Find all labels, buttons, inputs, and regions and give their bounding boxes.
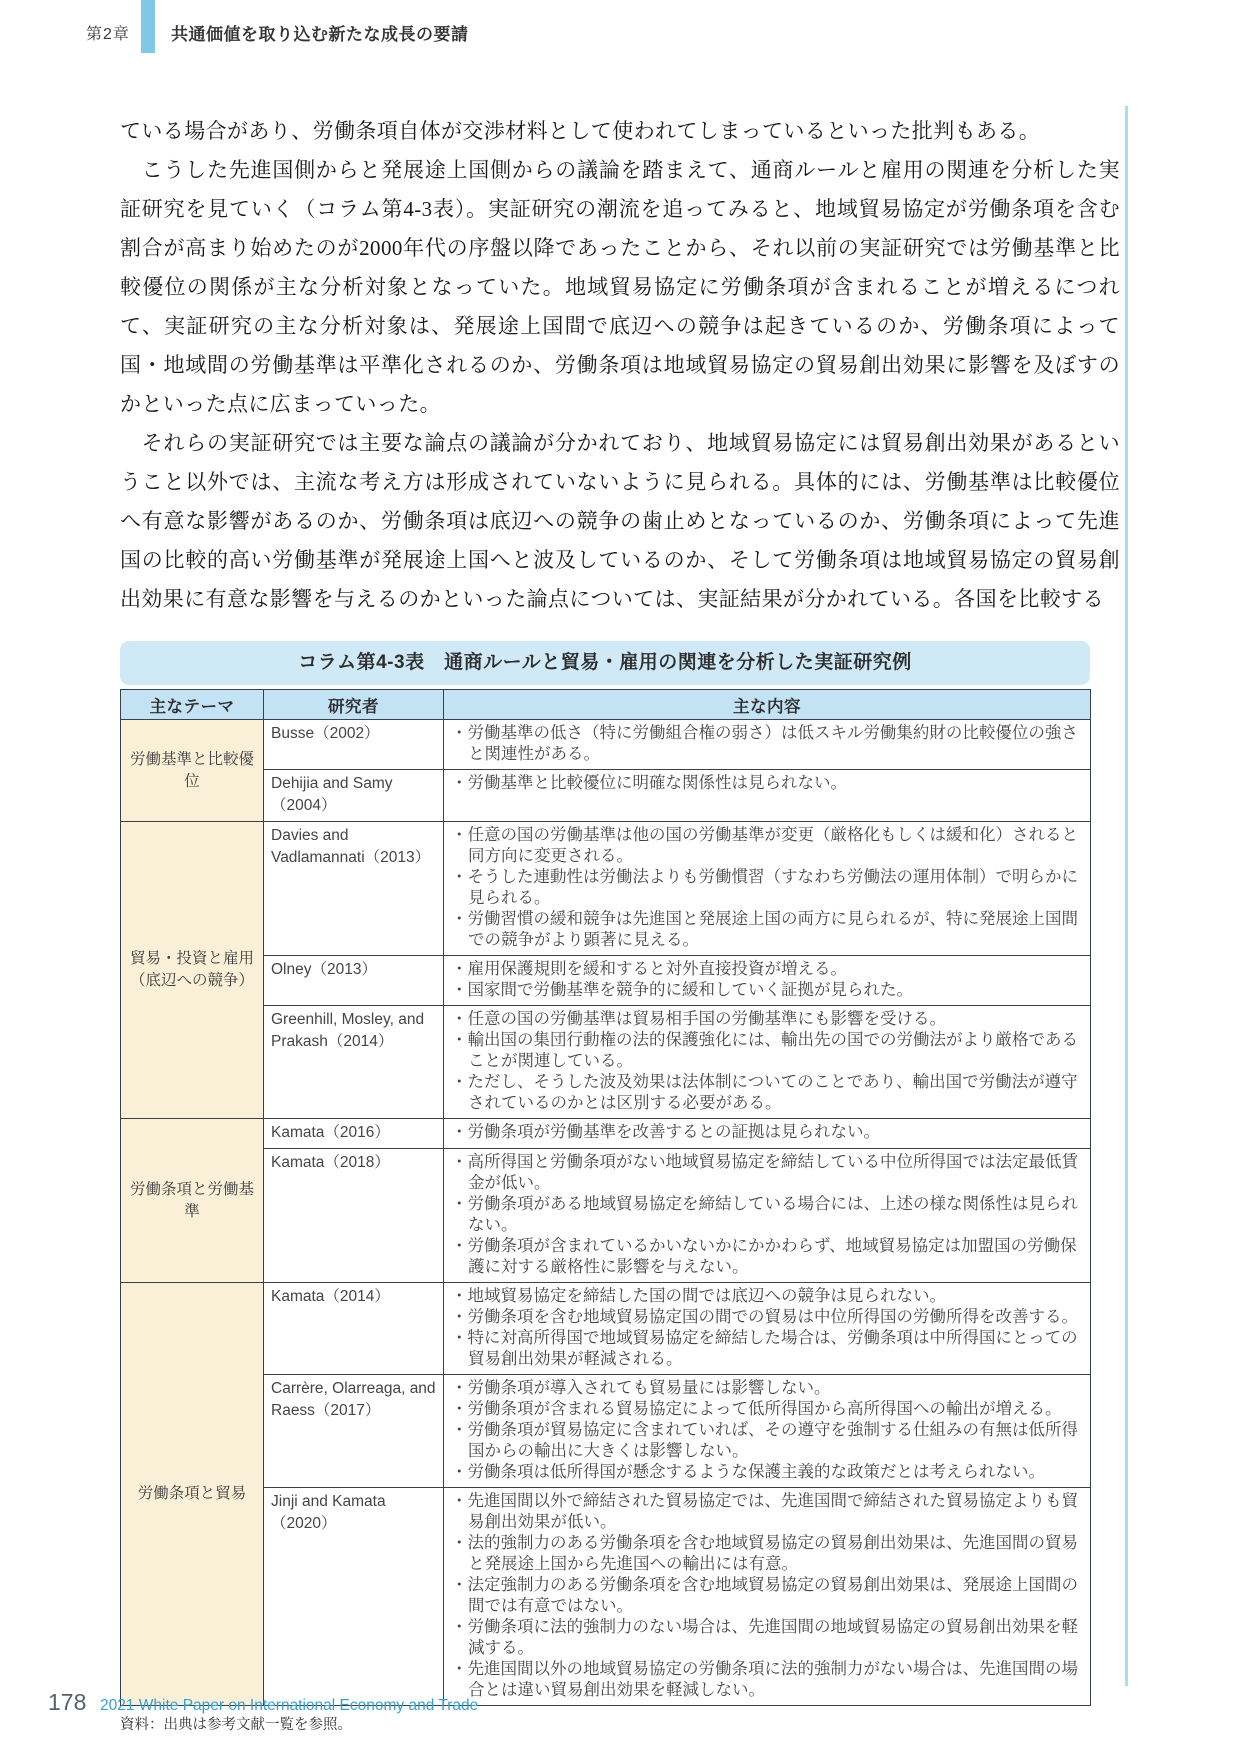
researcher-cell: Jinji and Kamata（2020） (264, 1488, 444, 1706)
content-point: ・労働習慣の緩和競争は先進国と発展途上国の両方に見られるが、特に発展途上国間での… (451, 909, 1085, 951)
source-note: 資料：出典は参考文献一覧を参照。 (120, 1713, 1120, 1734)
chapter-number: 第2章 (86, 21, 130, 44)
content-point: ・労働条項を含む地域貿易協定国の間での貿易は中位所得国の労働所得を改善する。 (451, 1307, 1085, 1328)
content-point: ・国家間で労働基準を競争的に緩和していく証拠が見られた。 (451, 980, 1085, 1001)
content-cell: ・先進国間以外で締結された貿易協定では、先進国間で締結された貿易協定よりも貿易創… (444, 1488, 1091, 1706)
researcher-cell: Busse（2002） (264, 720, 444, 770)
content-point: ・法的強制力のある労働条項を含む地域貿易協定の貿易創出効果は、先進国間の貿易と発… (451, 1533, 1085, 1575)
content-point: ・ただし、そうした波及効果は法体制についてのことであり、輸出国で労働法が遵守され… (451, 1072, 1085, 1114)
content-cell: ・労働基準と比較優位に明確な関係性は見られない。 (444, 770, 1091, 822)
content-point: ・任意の国の労働基準は貿易相手国の労働基準にも影響を受ける。 (451, 1009, 1085, 1030)
content-point: ・高所得国と労働条項がない地域貿易協定を締結している中位所得国では法定最低賃金が… (451, 1152, 1085, 1194)
content-point: ・労働条項に法的強制力のない場合は、先進国間の地域貿易協定の貿易創出効果を軽減す… (451, 1617, 1085, 1659)
table-row: Dehijia and Samy（2004）・労働基準と比較優位に明確な関係性は… (121, 770, 1091, 822)
table-row: Greenhill, Mosley, and Prakash（2014）・任意の… (121, 1006, 1091, 1119)
content-point: ・先進国間以外で締結された貿易協定では、先進国間で締結された貿易協定よりも貿易創… (451, 1491, 1085, 1533)
table-row: 労働条項と労働基準Kamata（2016）・労働条項が労働基準を改善するとの証拠… (121, 1119, 1091, 1149)
content-point: ・労働条項がある地域貿易協定を締結している場合には、上述の様な関係性は見られない… (451, 1194, 1085, 1236)
content-point: ・労働条項が含まれているかいないかにかかわらず、地域貿易協定は加盟国の労働保護に… (451, 1236, 1085, 1278)
table-row: 貿易・投資と雇用 （底辺への競争）Davies and Vadlamannati… (121, 822, 1091, 956)
researcher-cell: Davies and Vadlamannati（2013） (264, 822, 444, 956)
body-paragraph: こうした先進国側からと発展途上国側からの議論を踏まえて、通商ルールと雇用の関連を… (120, 151, 1120, 424)
content-point: ・労働条項が労働基準を改善するとの証拠は見られない。 (451, 1122, 1085, 1143)
body-paragraph: それらの実証研究では主要な論点の議論が分かれており、地域貿易協定には貿易創出効果… (120, 424, 1120, 619)
chapter-accent-bar (141, 0, 155, 53)
theme-cell: 労働条項と労働基準 (121, 1119, 264, 1283)
content-point: ・任意の国の労働基準は他の国の労働基準が変更（厳格化もしくは緩和化）されると同方… (451, 825, 1085, 867)
column-header-2: 主な内容 (444, 690, 1091, 720)
researcher-cell: Kamata（2014） (264, 1283, 444, 1375)
content-cell: ・労働基準の低さ（特に労働組合権の弱さ）は低スキル労働集約財の比較優位の強さと関… (444, 720, 1091, 770)
theme-cell: 労働基準と比較優位 (121, 720, 264, 822)
content-point: ・地域貿易協定を締結した国の間では底辺への競争は見られない。 (451, 1286, 1085, 1307)
table-row: Jinji and Kamata（2020）・先進国間以外で締結された貿易協定で… (121, 1488, 1091, 1706)
table-caption: コラム第4-3表 通商ルールと貿易・雇用の関連を分析した実証研究例 (298, 652, 911, 673)
table-row: 労働基準と比較優位Busse（2002）・労働基準の低さ（特に労働組合権の弱さ）… (121, 720, 1091, 770)
table-caption-bar: コラム第4-3表 通商ルールと貿易・雇用の関連を分析した実証研究例 (120, 641, 1090, 685)
content-point: ・労働条項が貿易協定に含まれていれば、その遵守を強制する仕組みの有無は低所得国か… (451, 1420, 1085, 1462)
content-cell: ・任意の国の労働基準は他の国の労働基準が変更（厳格化もしくは緩和化）されると同方… (444, 822, 1091, 956)
content-cell: ・雇用保護規則を緩和すると対外直接投資が増える。・国家間で労働基準を競争的に緩和… (444, 956, 1091, 1006)
researcher-cell: Olney（2013） (264, 956, 444, 1006)
table-row: 労働条項と貿易Kamata（2014）・地域貿易協定を締結した国の間では底辺への… (121, 1283, 1091, 1375)
content-cell: ・地域貿易協定を締結した国の間では底辺への競争は見られない。・労働条項を含む地域… (444, 1283, 1091, 1375)
chapter-title: 共通価値を取り込む新たな成長の要請 (171, 20, 469, 45)
table-row: Kamata（2018）・高所得国と労働条項がない地域貿易協定を締結している中位… (121, 1149, 1091, 1283)
column-header-1: 研究者 (264, 690, 444, 720)
content-point: ・先進国間以外の地域貿易協定の労働条項に法的強制力がない場合は、先進国間の場合と… (451, 1659, 1085, 1701)
researcher-cell: Kamata（2016） (264, 1119, 444, 1149)
content-cell: ・任意の国の労働基準は貿易相手国の労働基準にも影響を受ける。・輸出国の集団行動権… (444, 1006, 1091, 1119)
page-content: ている場合があり、労働条項自体が交渉材料として使われてしまっているといった批判も… (120, 112, 1120, 1734)
researcher-cell: Dehijia and Samy（2004） (264, 770, 444, 822)
table-row: Carrère, Olarreaga, and Raess（2017）・労働条項… (121, 1375, 1091, 1488)
content-point: ・輸出国の集団行動権の法的保護強化には、輸出先の国での労働法がより厳格であること… (451, 1030, 1085, 1072)
researcher-cell: Carrère, Olarreaga, and Raess（2017） (264, 1375, 444, 1488)
content-cell: ・労働条項が導入されても貿易量には影響しない。・労働条項が含まれる貿易協定によっ… (444, 1375, 1091, 1488)
body-paragraphs: ている場合があり、労働条項自体が交渉材料として使われてしまっているといった批判も… (120, 112, 1120, 619)
content-point: ・労働基準の低さ（特に労働組合権の弱さ）は低スキル労働集約財の比較優位の強さと関… (451, 723, 1085, 765)
researcher-cell: Greenhill, Mosley, and Prakash（2014） (264, 1006, 444, 1119)
table-row: Olney（2013）・雇用保護規則を緩和すると対外直接投資が増える。・国家間で… (121, 956, 1091, 1006)
page-number: 178 (48, 1689, 86, 1716)
research-table: 主なテーマ研究者主な内容労働基準と比較優位Busse（2002）・労働基準の低さ… (120, 689, 1091, 1706)
content-cell: ・高所得国と労働条項がない地域貿易協定を締結している中位所得国では法定最低賃金が… (444, 1149, 1091, 1283)
content-point: ・労働基準と比較優位に明確な関係性は見られない。 (451, 773, 1085, 794)
content-cell: ・労働条項が労働基準を改善するとの証拠は見られない。 (444, 1119, 1091, 1149)
body-paragraph: ている場合があり、労働条項自体が交渉材料として使われてしまっているといった批判も… (120, 112, 1120, 151)
content-point: ・そうした連動性は労働法よりも労働慣習（すなわち労働法の運用体制）で明らかに見ら… (451, 867, 1085, 909)
content-point: ・法定強制力のある労働条項を含む地域貿易協定の貿易創出効果は、発展途上国間の間で… (451, 1575, 1085, 1617)
theme-cell: 労働条項と貿易 (121, 1283, 264, 1706)
content-point: ・雇用保護規則を緩和すると対外直接投資が増える。 (451, 959, 1085, 980)
content-point: ・労働条項は低所得国が懸念するような保護主義的な政策だとは考えられない。 (451, 1462, 1085, 1483)
publication-title: 2021 White Paper on International Econom… (100, 1697, 478, 1715)
theme-cell: 貿易・投資と雇用 （底辺への競争） (121, 822, 264, 1119)
table-header-row: 主なテーマ研究者主な内容 (121, 690, 1091, 720)
column-header-0: 主なテーマ (121, 690, 264, 720)
content-point: ・労働条項が導入されても貿易量には影響しない。 (451, 1378, 1085, 1399)
content-point: ・特に対高所得国で地域貿易協定を締結した場合は、労働条項は中所得国にとっての貿易… (451, 1328, 1085, 1370)
researcher-cell: Kamata（2018） (264, 1149, 444, 1283)
content-point: ・労働条項が含まれる貿易協定によって低所得国から高所得国への輸出が増える。 (451, 1399, 1085, 1420)
page-edge-rule (1125, 106, 1128, 1686)
